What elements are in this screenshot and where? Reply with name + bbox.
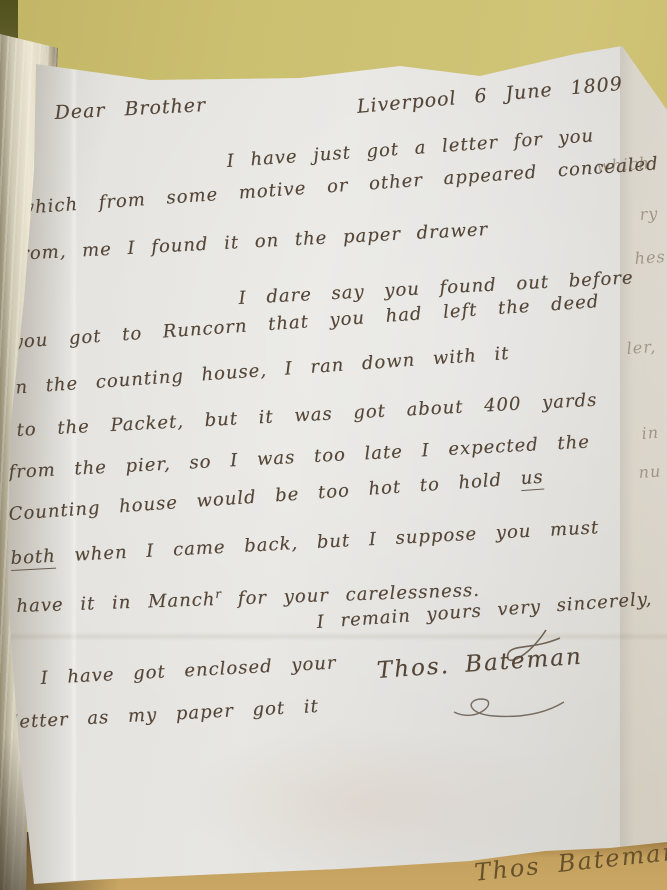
show-through-fragment: which <box>596 153 651 176</box>
letter-page: ılı ı ı. Liverpool 6 June 1809 Dear Brot… <box>0 0 667 890</box>
letter-line-text: have it in Manch <box>16 589 216 617</box>
sincerely-swash-icon <box>498 628 568 676</box>
underlined-word-us: us <box>520 467 544 492</box>
signature-flourish-icon <box>450 696 568 726</box>
letter-line-text: when I came back, but I suppose you must <box>55 517 599 566</box>
underlined-word-both: both <box>10 546 56 571</box>
letter-line: in the counting house, I ran down with i… <box>8 343 510 399</box>
show-through-fragment: ry <box>639 204 659 224</box>
show-through-fragment: in <box>641 423 660 443</box>
show-through-fragment: hes <box>634 247 666 268</box>
letter-line: both when I came back, but I suppose you… <box>10 517 600 569</box>
postscript-line: I have got enclosed your <box>40 652 337 688</box>
show-through-fragment: ler, <box>626 337 657 358</box>
place-date-line: Liverpool 6 June 1809 <box>356 73 624 118</box>
torn-edge-ink-marks: ılı ı ı. <box>408 54 468 71</box>
show-through-fragment: nu <box>638 461 662 482</box>
photograph-of-letter: Thos Bateman ılı ı ı. Liverpool 6 June 1… <box>0 0 667 890</box>
letter-line: to the Packet, but it was got about 400 … <box>16 390 598 441</box>
letter-line: from, me I found it on the paper drawer <box>12 219 489 265</box>
